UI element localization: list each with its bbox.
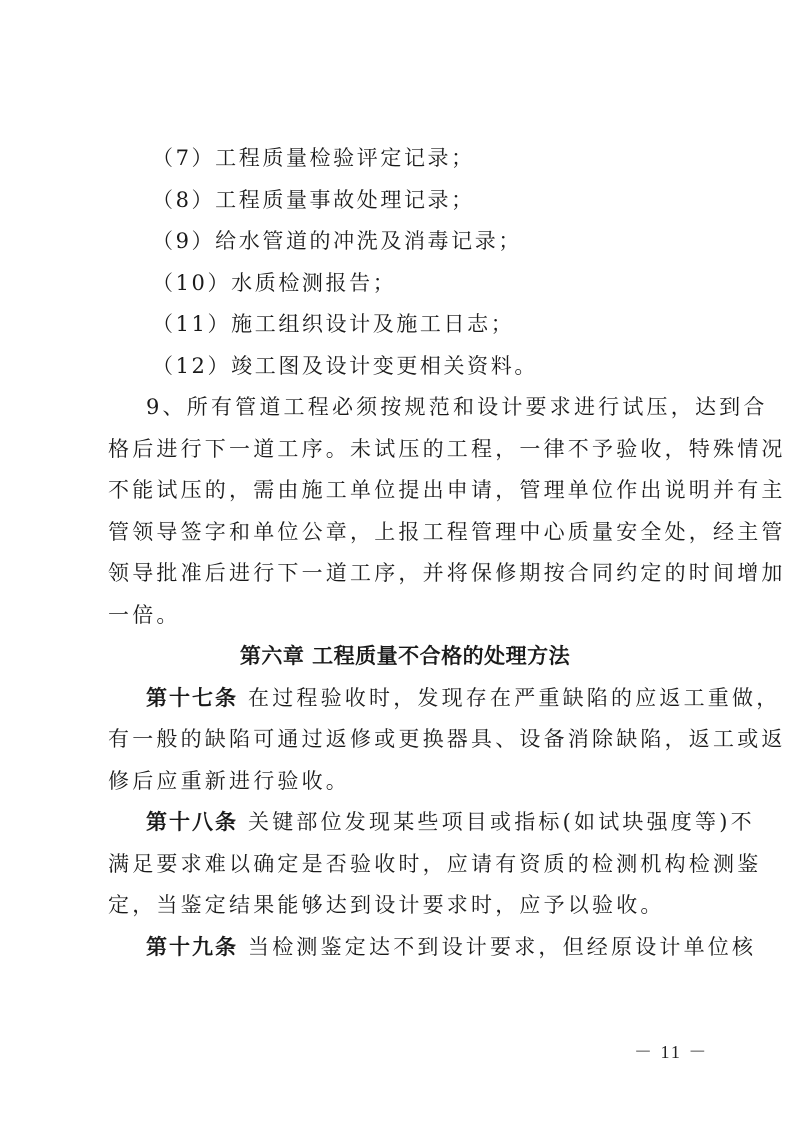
paragraph-line: 一倍。: [108, 595, 702, 637]
list-item: （8）工程质量事故处理记录；: [108, 180, 702, 222]
list-item: （7）工程质量检验评定记录；: [108, 138, 702, 180]
paragraph-line: 第十九条当检测鉴定达不到设计要求，但经原设计单位核: [108, 927, 702, 969]
page-content: （7）工程质量检验评定记录； （8）工程质量事故处理记录； （9）给水管道的冲洗…: [108, 138, 702, 968]
article-text: 关键部位发现某些项目或指标(如试块强度等)不: [248, 810, 755, 834]
paragraph-line: 领导批准后进行下一道工序，并将保修期按合同约定的时间增加: [108, 553, 702, 595]
paragraph-line: 有一般的缺陷可通过返修或更换器具、设备消除缺陷，返工或返: [108, 719, 702, 761]
paragraph-line: 格后进行下一道工序。未试压的工程，一律不予验收，特殊情况: [108, 429, 702, 471]
paragraph-line: 第十七条在过程验收时，发现存在严重缺陷的应返工重做，: [108, 678, 702, 720]
paragraph-line: 满足要求难以确定是否验收时，应请有资质的检测机构检测鉴: [108, 844, 702, 886]
paragraph-line: 不能试压的，需由施工单位提出申请，管理单位作出说明并有主: [108, 470, 702, 512]
article-18: 第十八条关键部位发现某些项目或指标(如试块强度等)不 满足要求难以确定是否验收时…: [108, 802, 702, 927]
article-19: 第十九条当检测鉴定达不到设计要求，但经原设计单位核: [108, 927, 702, 969]
paragraph-line: 9、所有管道工程必须按规范和设计要求进行试压，达到合: [108, 387, 702, 429]
item-9-paragraph: 9、所有管道工程必须按规范和设计要求进行试压，达到合 格后进行下一道工序。未试压…: [108, 387, 702, 636]
chapter-heading: 第六章 工程质量不合格的处理方法: [108, 636, 702, 678]
paragraph-line: 修后应重新进行验收。: [108, 761, 702, 803]
paragraph-line: 定，当鉴定结果能够达到设计要求时，应予以验收。: [108, 885, 702, 927]
page-number: － 11 －: [634, 1038, 708, 1064]
document-page: （7）工程质量检验评定记录； （8）工程质量事故处理记录； （9）给水管道的冲洗…: [0, 0, 800, 1131]
article-label: 第十八条: [146, 810, 238, 834]
list-item: （10）水质检测报告；: [108, 263, 702, 305]
article-text: 当检测鉴定达不到设计要求，但经原设计单位核: [248, 935, 756, 959]
paragraph-line: 第十八条关键部位发现某些项目或指标(如试块强度等)不: [108, 802, 702, 844]
list-item: （9）给水管道的冲洗及消毒记录；: [108, 221, 702, 263]
article-text: 在过程验收时，发现存在严重缺陷的应返工重做，: [248, 686, 780, 710]
list-item: （12）竣工图及设计变更相关资料。: [108, 346, 702, 388]
article-label: 第十七条: [146, 686, 238, 710]
list-item: （11）施工组织设计及施工日志；: [108, 304, 702, 346]
record-list: （7）工程质量检验评定记录； （8）工程质量事故处理记录； （9）给水管道的冲洗…: [108, 138, 702, 387]
paragraph-line: 管领导签字和单位公章，上报工程管理中心质量安全处，经主管: [108, 512, 702, 554]
article-label: 第十九条: [146, 935, 238, 959]
article-17: 第十七条在过程验收时，发现存在严重缺陷的应返工重做， 有一般的缺陷可通过返修或更…: [108, 678, 702, 803]
